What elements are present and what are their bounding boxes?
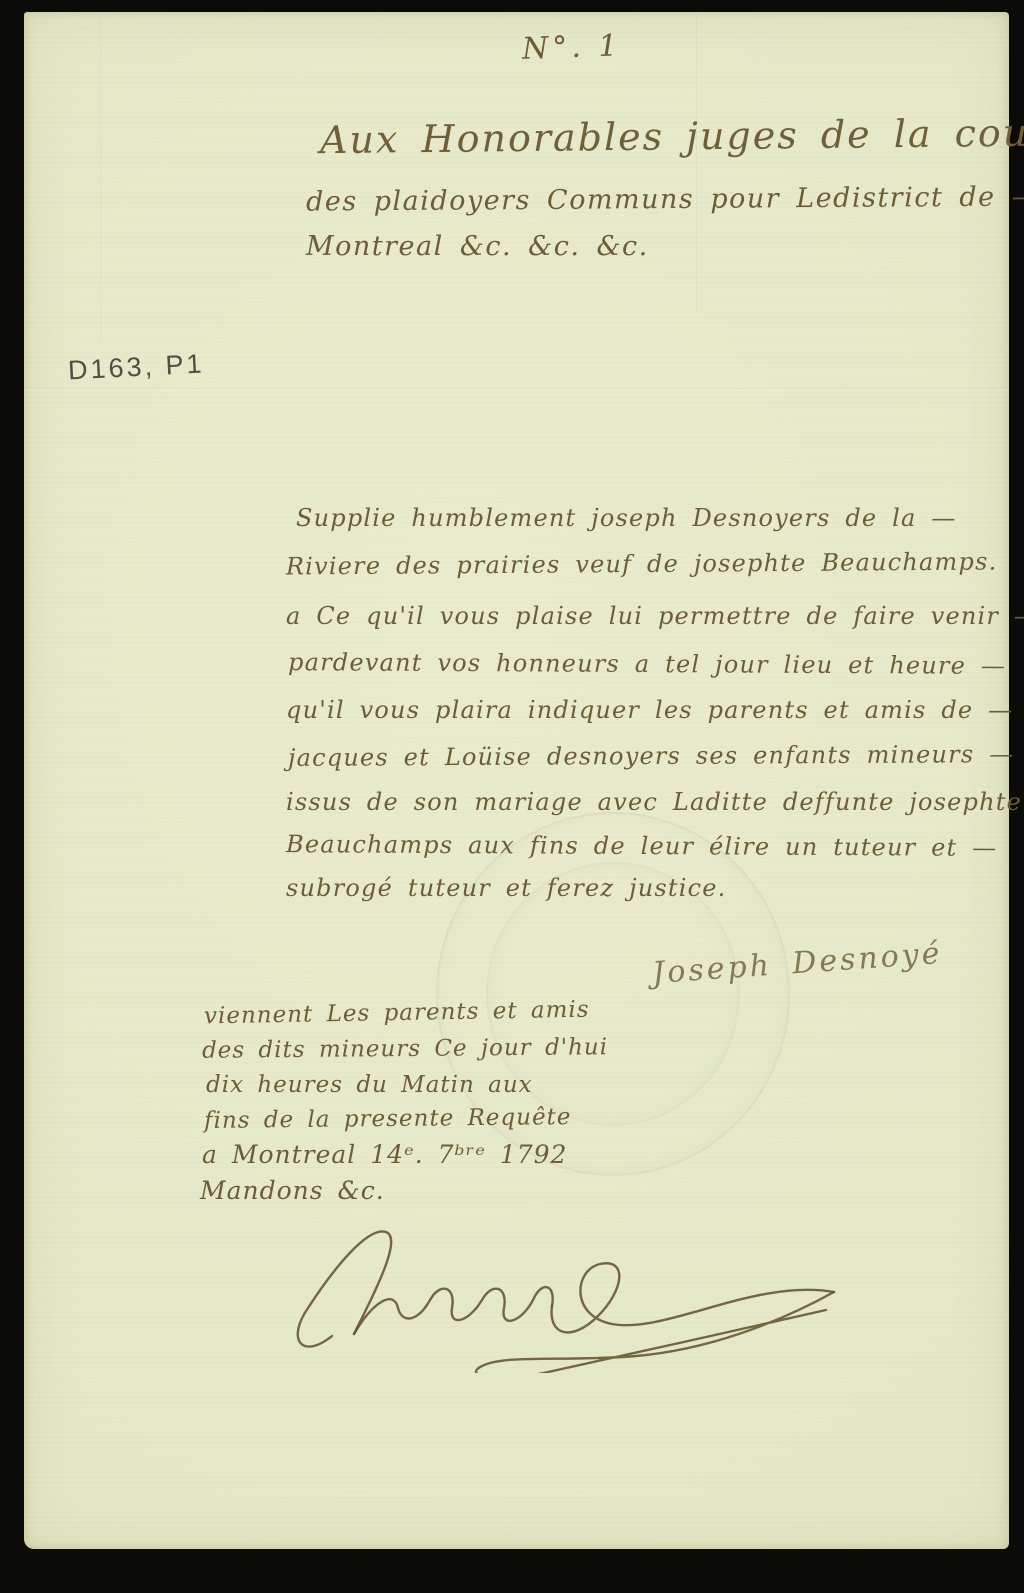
salutation-line-2: des plaidoyers Communs pour Ledistrict d… — [306, 181, 1024, 217]
petition-line: Riviere des prairies veuf de josephte Be… — [286, 548, 998, 598]
order-line: Mandons &c. — [200, 1176, 385, 1205]
petition-line: pardevant vos honneurs a tel jour lieu e… — [288, 648, 1006, 697]
petition-line: issus de son mariage avec Laditte deffun… — [286, 788, 1022, 833]
petition-line: Supplie humblement joseph Desnoyers de l… — [296, 504, 957, 549]
petition-line: a Ce qu'il vous plaise lui permettre de … — [286, 602, 1024, 647]
archival-reference-note: D163, P1 — [67, 348, 205, 386]
salutation-line-3: Montreal &c. &c. &c. — [306, 231, 649, 262]
document-number: N°. 1 — [521, 28, 622, 66]
vertical-crease-right — [696, 12, 698, 312]
petition-line: qu'il vous plaira indiquer les parents e… — [286, 696, 1013, 741]
petition-line: subrogé tuteur et ferez justice. — [286, 874, 726, 919]
order-line: des dits mineurs Ce jour d'hui — [202, 1034, 608, 1064]
vertical-crease-left — [100, 12, 102, 342]
salutation-line-1: Aux Honorables juges de la cour — — [320, 110, 1024, 162]
signature-initial-stroke — [298, 1231, 391, 1346]
horizontal-fold-crease — [24, 388, 1009, 391]
order-line: dix heures du Matin aux — [206, 1072, 533, 1098]
manuscript-page: N°. 1 Aux Honorables juges de la cour — … — [24, 12, 1009, 1549]
signature-middle-stroke — [354, 1287, 553, 1334]
order-line: fins de la presente Requête — [204, 1104, 572, 1134]
document-scan: N°. 1 Aux Honorables juges de la cour — … — [0, 0, 1024, 1593]
judge-signature-flourish — [236, 1208, 846, 1373]
petition-line: jacques et Loüise desnoyers ses enfants … — [288, 740, 1015, 789]
order-date-line: a Montreal 14ᵉ. 7ᵇʳᵉ 1792 — [202, 1140, 567, 1169]
petition-line: Beauchamps aux fins de leur élire un tut… — [286, 830, 998, 879]
signature-tail-stroke — [552, 1263, 834, 1332]
